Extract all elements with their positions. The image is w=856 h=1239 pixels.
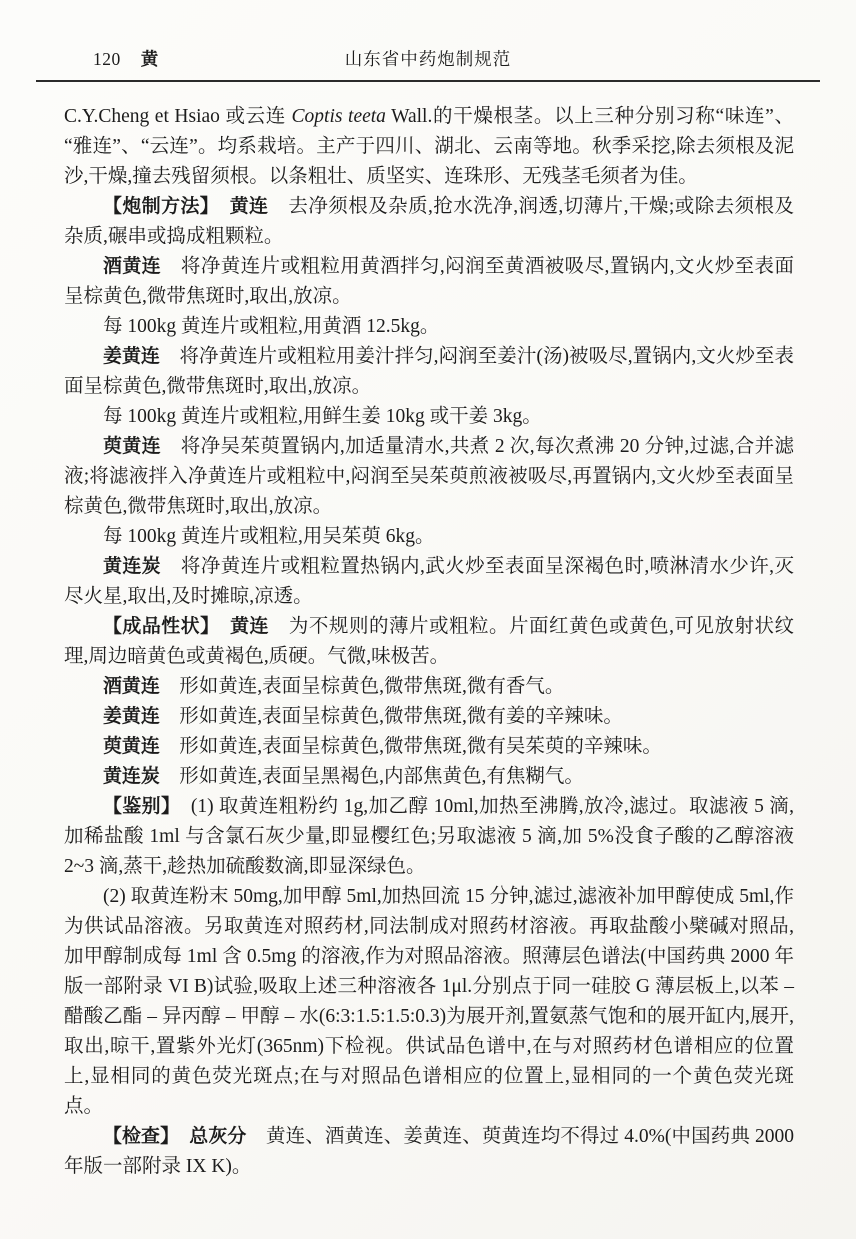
bold-run: 黄连炭 bbox=[103, 766, 160, 787]
paragraph: C.Y.Cheng et Hsiao 或云连 Coptis teeta Wall… bbox=[64, 102, 794, 192]
text-run bbox=[210, 196, 230, 217]
text-run: 将净黄连片或粗粒用姜汁拌匀,闷润至姜汁(汤)被吸尽,置锅内,文火炒至表面呈棕黄色… bbox=[64, 346, 794, 397]
paragraph: 姜黄连 将净黄连片或粗粒用姜汁拌匀,闷润至姜汁(汤)被吸尽,置锅内,文火炒至表面… bbox=[64, 342, 794, 402]
bold-run: 萸黄连 bbox=[103, 436, 161, 457]
page-header: 120 黄 山东省中药炮制规范 bbox=[0, 0, 856, 72]
bold-run: 萸黄连 bbox=[103, 736, 160, 757]
paragraph: 每 100kg 黄连片或粗粒,用黄酒 12.5kg。 bbox=[64, 312, 794, 342]
text-run: 每 100kg 黄连片或粗粒,用鲜生姜 10kg 或干姜 3kg。 bbox=[103, 406, 542, 427]
paragraph: 黄连炭 将净黄连片或粗粒置热锅内,武火炒至表面呈深褐色时,喷淋清水少许,灭尽火星… bbox=[64, 552, 794, 612]
running-title: 山东省中药炮制规范 bbox=[0, 46, 856, 71]
paragraph: 姜黄连 形如黄连,表面呈棕黄色,微带焦斑,微有姜的辛辣味。 bbox=[64, 702, 794, 732]
header-rule bbox=[36, 80, 820, 82]
text-run bbox=[170, 1126, 190, 1147]
paragraph: 萸黄连 形如黄连,表面呈棕黄色,微带焦斑,微有吴茱萸的辛辣味。 bbox=[64, 732, 794, 762]
paragraph: 黄连炭 形如黄连,表面呈黑褐色,内部焦黄色,有焦糊气。 bbox=[64, 762, 794, 792]
text-run: 形如黄连,表面呈棕黄色,微带焦斑,微有吴茱萸的辛辣味。 bbox=[160, 736, 662, 757]
text-run: (1) 取黄连粗粉约 1g,加乙醇 10ml,加热至沸腾,放冷,滤过。取滤液 5… bbox=[64, 796, 794, 877]
paragraph: 酒黄连 将净黄连片或粗粒用黄酒拌匀,闷润至黄酒被吸尽,置锅内,文火炒至表面呈棕黄… bbox=[64, 252, 794, 312]
paragraph: 【检查】 总灰分 黄连、酒黄连、姜黄连、萸黄连均不得过 4.0%(中国药典 20… bbox=[64, 1122, 794, 1182]
paragraph: (2) 取黄连粉末 50mg,加甲醇 5ml,加热回流 15 分钟,滤过,滤液补… bbox=[64, 882, 794, 1122]
text-run: 形如黄连,表面呈黑褐色,内部焦黄色,有焦糊气。 bbox=[160, 766, 584, 787]
bold-run: 黄连 bbox=[230, 616, 269, 637]
page-body: C.Y.Cheng et Hsiao 或云连 Coptis teeta Wall… bbox=[64, 102, 794, 1182]
bold-run: 酒黄连 bbox=[103, 256, 161, 277]
bold-run: 【成品性状】 bbox=[103, 616, 210, 637]
paragraph: 萸黄连 将净吴茱萸置锅内,加适量清水,共煮 2 次,每次煮沸 20 分钟,过滤,… bbox=[64, 432, 794, 522]
paragraph: 【鉴别】 (1) 取黄连粗粉约 1g,加乙醇 10ml,加热至沸腾,放冷,滤过。… bbox=[64, 792, 794, 882]
text-run: (2) 取黄连粉末 50mg,加甲醇 5ml,加热回流 15 分钟,滤过,滤液补… bbox=[64, 886, 794, 1117]
text-run: 每 100kg 黄连片或粗粒,用黄酒 12.5kg。 bbox=[103, 316, 439, 337]
bold-run: 酒黄连 bbox=[103, 676, 160, 697]
paragraph: 【成品性状】 黄连 为不规则的薄片或粗粒。片面红黄色或黄色,可见放射状纹理,周边… bbox=[64, 612, 794, 672]
italic-run: Coptis teeta bbox=[292, 106, 386, 127]
text-run: 形如黄连,表面呈棕黄色,微带焦斑,微有香气。 bbox=[160, 676, 565, 697]
text-run: 形如黄连,表面呈棕黄色,微带焦斑,微有姜的辛辣味。 bbox=[160, 706, 623, 727]
paragraph: 【炮制方法】 黄连 去净须根及杂质,抢水洗净,润透,切薄片,干燥;或除去须根及杂… bbox=[64, 192, 794, 252]
text-run: 将净黄连片或粗粒用黄酒拌匀,闷润至黄酒被吸尽,置锅内,文火炒至表面呈棕黄色,微带… bbox=[64, 256, 794, 307]
bold-run: 姜黄连 bbox=[103, 346, 160, 367]
text-run bbox=[210, 616, 230, 637]
bold-run: 姜黄连 bbox=[103, 706, 160, 727]
bold-run: 总灰分 bbox=[189, 1126, 246, 1147]
paragraph: 酒黄连 形如黄连,表面呈棕黄色,微带焦斑,微有香气。 bbox=[64, 672, 794, 702]
bold-run: 【炮制方法】 bbox=[103, 196, 210, 217]
bold-run: 【鉴别】 bbox=[103, 796, 171, 817]
text-run: 每 100kg 黄连片或粗粒,用吴茱萸 6kg。 bbox=[103, 526, 435, 547]
text-run: 将净黄连片或粗粒置热锅内,武火炒至表面呈深褐色时,喷淋清水少许,灭尽火星,取出,… bbox=[64, 556, 794, 607]
bold-run: 【检查】 bbox=[103, 1126, 170, 1147]
paragraph: 每 100kg 黄连片或粗粒,用鲜生姜 10kg 或干姜 3kg。 bbox=[64, 402, 794, 432]
bold-run: 黄连 bbox=[230, 196, 269, 217]
text-run: 将净吴茱萸置锅内,加适量清水,共煮 2 次,每次煮沸 20 分钟,过滤,合并滤液… bbox=[64, 436, 794, 517]
document-page: 120 黄 山东省中药炮制规范 C.Y.Cheng et Hsiao 或云连 C… bbox=[0, 0, 856, 1239]
paragraph: 每 100kg 黄连片或粗粒,用吴茱萸 6kg。 bbox=[64, 522, 794, 552]
bold-run: 黄连炭 bbox=[103, 556, 161, 577]
text-run: C.Y.Cheng et Hsiao 或云连 bbox=[64, 106, 292, 127]
